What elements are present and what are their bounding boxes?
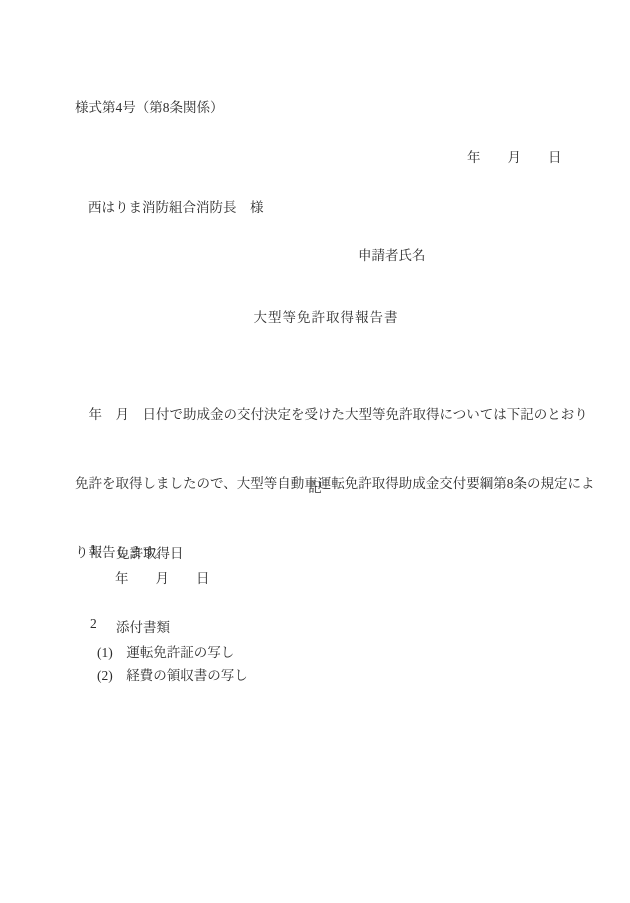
section-1-heading: 免許取得日	[116, 542, 184, 562]
applicant-name-label: 申請者氏名	[358, 244, 426, 264]
form-number: 様式第4号（第8条関係）	[75, 96, 224, 116]
section-2: 2 添付書類	[90, 616, 170, 636]
body-line-1: 年 月 日付で助成金の交付決定を受けた大型等免許取得については下記のとおり	[75, 403, 560, 426]
section-1-number: 1	[90, 542, 116, 562]
addressee: 西はりま消防組合消防長 様	[88, 196, 264, 216]
section-1: 1 免許取得日	[90, 542, 184, 562]
attachment-item-1: (1) 運転免許証の写し	[97, 641, 234, 661]
license-acquired-date-placeholder: 年 月 日	[115, 567, 210, 587]
document-page: 様式第4号（第8条関係） 年 月 日 西はりま消防組合消防長 様 申請者氏名 大…	[0, 0, 630, 903]
date-placeholder-top: 年 月 日	[467, 146, 562, 166]
record-marker: 記	[0, 476, 630, 496]
section-2-heading: 添付書類	[116, 616, 170, 636]
section-2-number: 2	[90, 616, 116, 636]
attachment-item-2: (2) 経費の領収書の写し	[97, 664, 248, 684]
document-title: 大型等免許取得報告書	[0, 306, 630, 326]
